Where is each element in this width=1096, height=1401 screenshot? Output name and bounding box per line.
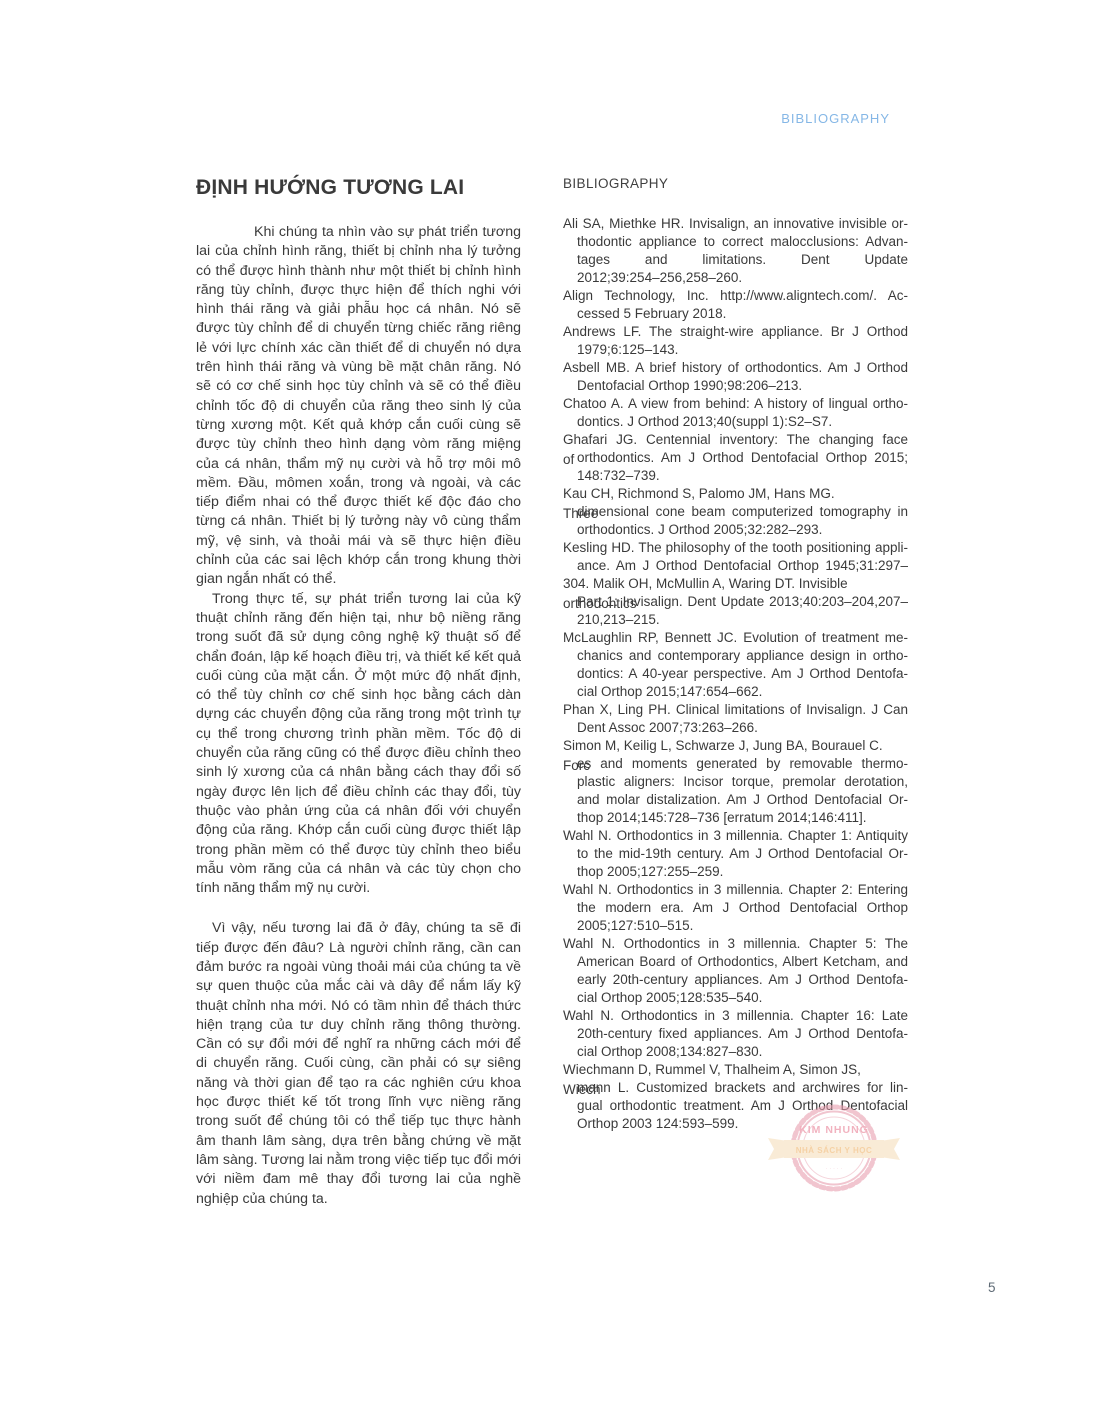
bib-line: cial Orthop 2008;134:827–830. [563, 1043, 908, 1061]
bib-line: ance. Am J Orthod Dentofacial Orthop 194… [563, 557, 908, 575]
stamp-footer-dots: · · · · · [826, 1166, 843, 1172]
bib-line: Chatoo A. A view from behind: A history … [563, 395, 908, 413]
bibliography-heading: BIBLIOGRAPHY [563, 176, 908, 191]
bib-line: early 20th-century appliances. Am J Orth… [563, 971, 908, 989]
bib-line: tages and limitations. Dent Update [563, 251, 908, 269]
bib-entry: Wahl N. Orthodontics in 3 millennia. Cha… [563, 935, 908, 1007]
bib-line: Dent Assoc 2007;73:263–266. [563, 719, 908, 737]
bib-entry: Ali SA, Miethke HR. Invisalign, an innov… [563, 215, 908, 287]
bib-line: oforthodontics. Am J Orthod Dentofacial … [563, 449, 908, 467]
bib-entry: Chatoo A. A view from behind: A history … [563, 395, 908, 431]
paragraph: Trong thực tế, sự phát triển tương lai c… [196, 590, 521, 899]
bib-line: cial Orthop 2015;147:654–662. [563, 683, 908, 701]
bib-line: dontics. J Orthod 2013;40(suppl 1):S2–S7… [563, 413, 908, 431]
bib-line: to the mid-19th century. Am J Orthod Den… [563, 845, 908, 863]
bib-line: orthodontics. J Orthod 2005;32:282–293. [563, 521, 908, 539]
section-title: ĐỊNH HƯỚNG TƯƠNG LAI [196, 176, 521, 200]
stamp-ribbon [768, 1138, 788, 1160]
bib-line: Wahl N. Orthodontics in 3 millennia. Cha… [563, 935, 908, 953]
bib-line: Wahl N. Orthodontics in 3 millennia. Cha… [563, 881, 908, 899]
bib-entry: Wahl N. Orthodontics in 3 millennia. Cha… [563, 827, 908, 881]
bib-line: 2005;127:510–515. [563, 917, 908, 935]
bib-line: the modern era. Am J Orthod Dentofacial … [563, 899, 908, 917]
bib-line: Wahl N. Orthodontics in 3 millennia. Cha… [563, 1007, 908, 1025]
bib-line: 210,213–215. [563, 611, 908, 629]
bib-entry: Wiechmann D, Rummel V, Thalheim A, Simon… [563, 1061, 908, 1133]
bib-line: Kau CH, Richmond S, Palomo JM, Hans MG. [563, 485, 908, 503]
bib-line: thop 2014;145:728–736 [erratum 2014;146:… [563, 809, 908, 827]
bib-line: Wiechmann L. Customized brackets and arc… [563, 1079, 908, 1097]
bib-line: Orthop 2003 124:593–599. [563, 1115, 908, 1133]
stamp-ribbon-band [784, 1140, 884, 1158]
bib-line: chanics and contemporary appliance desig… [563, 647, 908, 665]
bib-line: and molar distalization. Am J Orthod Den… [563, 791, 908, 809]
bib-line: Wahl N. Orthodontics in 3 millennia. Cha… [563, 827, 908, 845]
stamp-ribbon [880, 1138, 900, 1160]
bib-line: Wiechmann D, Rummel V, Thalheim A, Simon… [563, 1061, 908, 1079]
bib-line: plastic aligners: Incisor torque, premol… [563, 773, 908, 791]
bib-line: Ali SA, Miethke HR. Invisalign, an innov… [563, 215, 908, 233]
bib-entry: Ghafari JG. Centennial inventory: The ch… [563, 431, 908, 485]
bib-line: thodontic appliance to correct malocclus… [563, 233, 908, 251]
bib-line: Asbell MB. A brief history of orthodonti… [563, 359, 908, 377]
bib-entry: Kesling HD. The philosophy of the tooth … [563, 539, 908, 629]
bib-entry: Asbell MB. A brief history of orthodonti… [563, 359, 908, 395]
bib-line: 148:732–739. [563, 467, 908, 485]
bib-entry: Phan X, Ling PH. Clinical limitations of… [563, 701, 908, 737]
bib-line: 304. Malik OH, McMullin A, Waring DT. In… [563, 575, 908, 593]
bibliography-list: Ali SA, Miethke HR. Invisalign, an innov… [563, 215, 908, 1133]
bib-entry: Andrews LF. The straight-wire appliance.… [563, 323, 908, 359]
bib-line: 2012;39:254–256,258–260. [563, 269, 908, 287]
bib-line: Andrews LF. The straight-wire appliance.… [563, 323, 908, 341]
page-number: 5 [988, 1280, 996, 1295]
bib-line: gual orthodontic treatment. Am J Orthod … [563, 1097, 908, 1115]
stamp-subtitle: NHÀ SÁCH Y HỌC [796, 1146, 873, 1155]
bib-entry: Simon M, Keilig L, Schwarze J, Jung BA, … [563, 737, 908, 827]
running-header: BIBLIOGRAPHY [781, 111, 890, 126]
bib-line: 1979;6:125–143. [563, 341, 908, 359]
bib-line: Align Technology, Inc. http://www.alignt… [563, 287, 908, 305]
bib-line: Dentofacial Orthop 1990;98:206–213. [563, 377, 908, 395]
left-paragraphs: Khi chúng ta nhìn vào sự phát triển tươn… [196, 223, 521, 1209]
bib-entry: McLaughlin RP, Bennett JC. Evolution of … [563, 629, 908, 701]
right-column: BIBLIOGRAPHY Ali SA, Miethke HR. Invisal… [563, 176, 908, 1133]
bib-line: McLaughlin RP, Bennett JC. Evolution of … [563, 629, 908, 647]
bib-line: Simon M, Keilig L, Schwarze J, Jung BA, … [563, 737, 908, 755]
bib-line: Threedimensional cone beam computerized … [563, 503, 908, 521]
bib-line: American Board of Orthodontics, Albert K… [563, 953, 908, 971]
bib-line: thop 2005;127:255–259. [563, 863, 908, 881]
bib-line: Phan X, Ling PH. Clinical limitations of… [563, 701, 908, 719]
bib-entry: Kau CH, Richmond S, Palomo JM, Hans MG.T… [563, 485, 908, 539]
bib-line: cessed 5 February 2018. [563, 305, 908, 323]
bib-line: Forces and moments generated by removabl… [563, 755, 908, 773]
bib-line: dontics: A 40-year perspective. Am J Ort… [563, 665, 908, 683]
bib-line: cial Orthop 2005;128:535–540. [563, 989, 908, 1007]
bib-line: Ghafari JG. Centennial inventory: The ch… [563, 431, 908, 449]
paragraph: Vì vậy, nếu tương lai đã ở đây, chúng ta… [196, 919, 521, 1208]
bib-entry: Align Technology, Inc. http://www.alignt… [563, 287, 908, 323]
paragraph: Khi chúng ta nhìn vào sự phát triển tươn… [196, 223, 521, 590]
bib-line: Kesling HD. The philosophy of the tooth … [563, 539, 908, 557]
bib-line: orthodonticsPart 1: Invisalign. Dent Upd… [563, 593, 908, 611]
bib-line: 20th-century fixed appliances. Am J Orth… [563, 1025, 908, 1043]
bib-entry: Wahl N. Orthodontics in 3 millennia. Cha… [563, 1007, 908, 1061]
document-page: BIBLIOGRAPHY ĐỊNH HƯỚNG TƯƠNG LAI Khi ch… [0, 0, 1096, 1401]
bib-entry: Wahl N. Orthodontics in 3 millennia. Cha… [563, 881, 908, 935]
left-column: ĐỊNH HƯỚNG TƯƠNG LAI Khi chúng ta nhìn v… [196, 176, 521, 1209]
